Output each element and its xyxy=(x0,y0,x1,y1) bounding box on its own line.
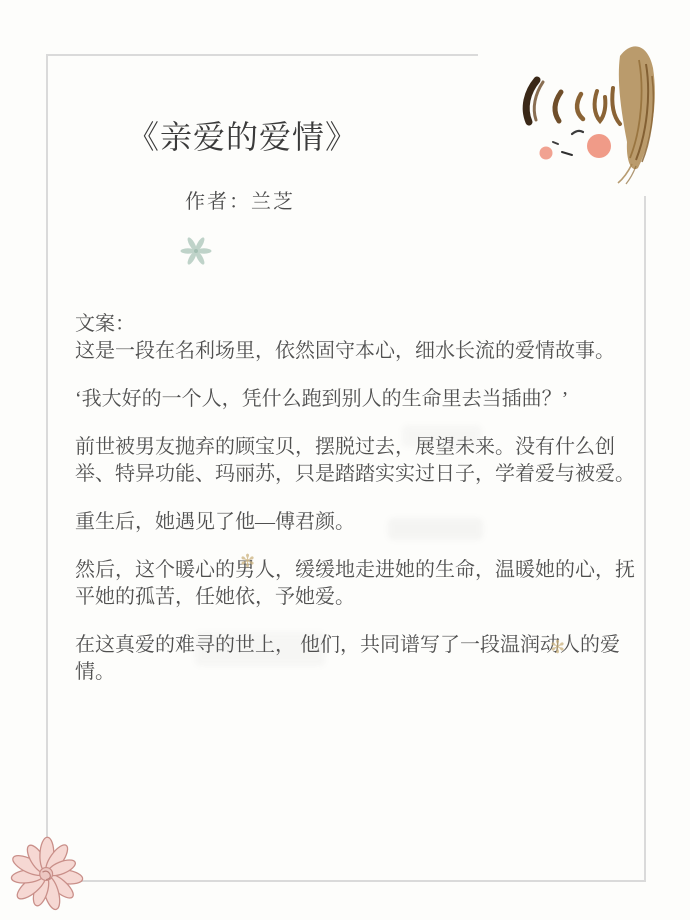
cheek-blush xyxy=(540,147,553,160)
synopsis-paragraph: 然后，这个暖心的男人，缓缓地走进她的生命，温暖她的心，抚平她的孤苦，任她依，予她… xyxy=(75,557,637,611)
synopsis-paragraph: 文案： 这是一段在名利场里，依然固守本心，细水长流的爱情故事。 xyxy=(75,311,637,365)
book-synopsis-page: 《亲爱的爱情》 作者：兰芝 文案： 这是一段在名利场里，依然固守本心，细水长流的… xyxy=(0,0,690,920)
synopsis-paragraph: ‘我大好的一个人，凭什么跑到别人的生命里去当插曲？’ xyxy=(75,386,637,413)
synopsis-paragraph: 重生后，她遇见了他—傅君颜。 xyxy=(75,509,637,536)
pink-flower-icon xyxy=(0,828,98,920)
tan-flower-icon: ✻ xyxy=(240,552,255,570)
author-line: 作者：兰芝 xyxy=(185,185,295,214)
cheek-blush xyxy=(587,134,611,158)
synopsis-paragraph: 前世被男友抛弃的顾宝贝，摆脱过去，展望未来。没有什么创举、特异功能、玛丽苏，只是… xyxy=(75,434,637,488)
green-flower-icon xyxy=(180,234,212,266)
book-title: 《亲爱的爱情》 xyxy=(127,112,358,158)
tan-flower-icon: ✻ xyxy=(550,638,565,656)
watercolor-girl-icon xyxy=(500,36,660,186)
